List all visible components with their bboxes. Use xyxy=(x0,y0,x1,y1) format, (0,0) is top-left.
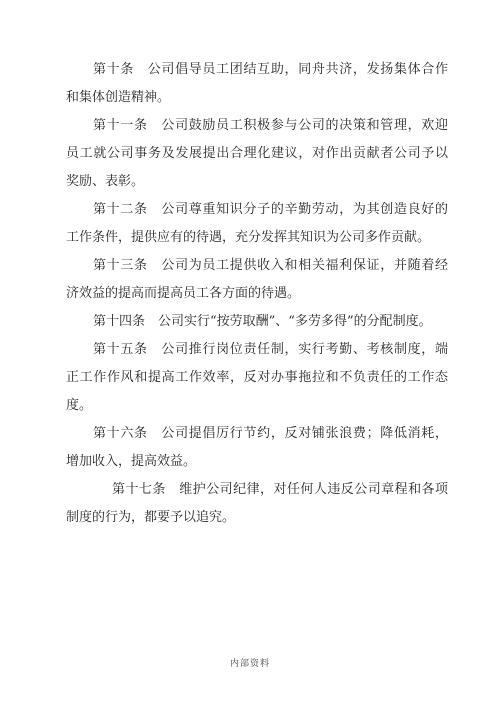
article-text-line: 第十七条 维护公司纪律，对任何人违反公司章程和各项 xyxy=(66,476,448,504)
article-text-line: 济效益的提高而提高员工各方面的待遇。 xyxy=(66,280,448,308)
article-text-line: 制度的行为，都要予以追究。 xyxy=(66,504,448,532)
article-text-line: 度。 xyxy=(66,392,448,420)
article-text-line: 员工就公司事务及发展提出合理化建议，对作出贡献者公司予以 xyxy=(66,140,448,168)
article-text-line: 第十三条 公司为员工提供收入和相关福利保证，并随着经 xyxy=(66,252,448,280)
article-text-line: 正工作作风和提高工作效率，反对办事拖拉和不负责任的工作态 xyxy=(66,364,448,392)
document-page: 第十条 公司倡导员工团结互助，同舟共济，发扬集体合作和集体创造精神。第十一条 公… xyxy=(0,0,500,707)
article-text-line: 第十条 公司倡导员工团结互助，同舟共济，发扬集体合作 xyxy=(66,56,448,84)
article-text-line: 奖励、表彰。 xyxy=(66,168,448,196)
article-text-line: 第十五条 公司推行岗位责任制，实行考勤、考核制度，端 xyxy=(66,336,448,364)
page-footer-label: 内部资料 xyxy=(0,656,500,669)
article-text-line: 工作条件，提供应有的待遇，充分发挥其知识为公司多作贡献。 xyxy=(66,224,448,252)
document-body: 第十条 公司倡导员工团结互助，同舟共济，发扬集体合作和集体创造精神。第十一条 公… xyxy=(66,56,448,532)
article-text-line: 第十一条 公司鼓励员工积极参与公司的决策和管理，欢迎 xyxy=(66,112,448,140)
article-text-line: 第十二条 公司尊重知识分子的辛勤劳动，为其创造良好的 xyxy=(66,196,448,224)
article-text-line: 第十四条 公司实行“按劳取酬”、“多劳多得”的分配制度。 xyxy=(66,308,448,336)
article-text-line: 第十六条 公司提倡厉行节约，反对铺张浪费；降低消耗， xyxy=(66,420,448,448)
article-text-line: 和集体创造精神。 xyxy=(66,84,448,112)
article-text-line: 增加收入，提高效益。 xyxy=(66,448,448,476)
